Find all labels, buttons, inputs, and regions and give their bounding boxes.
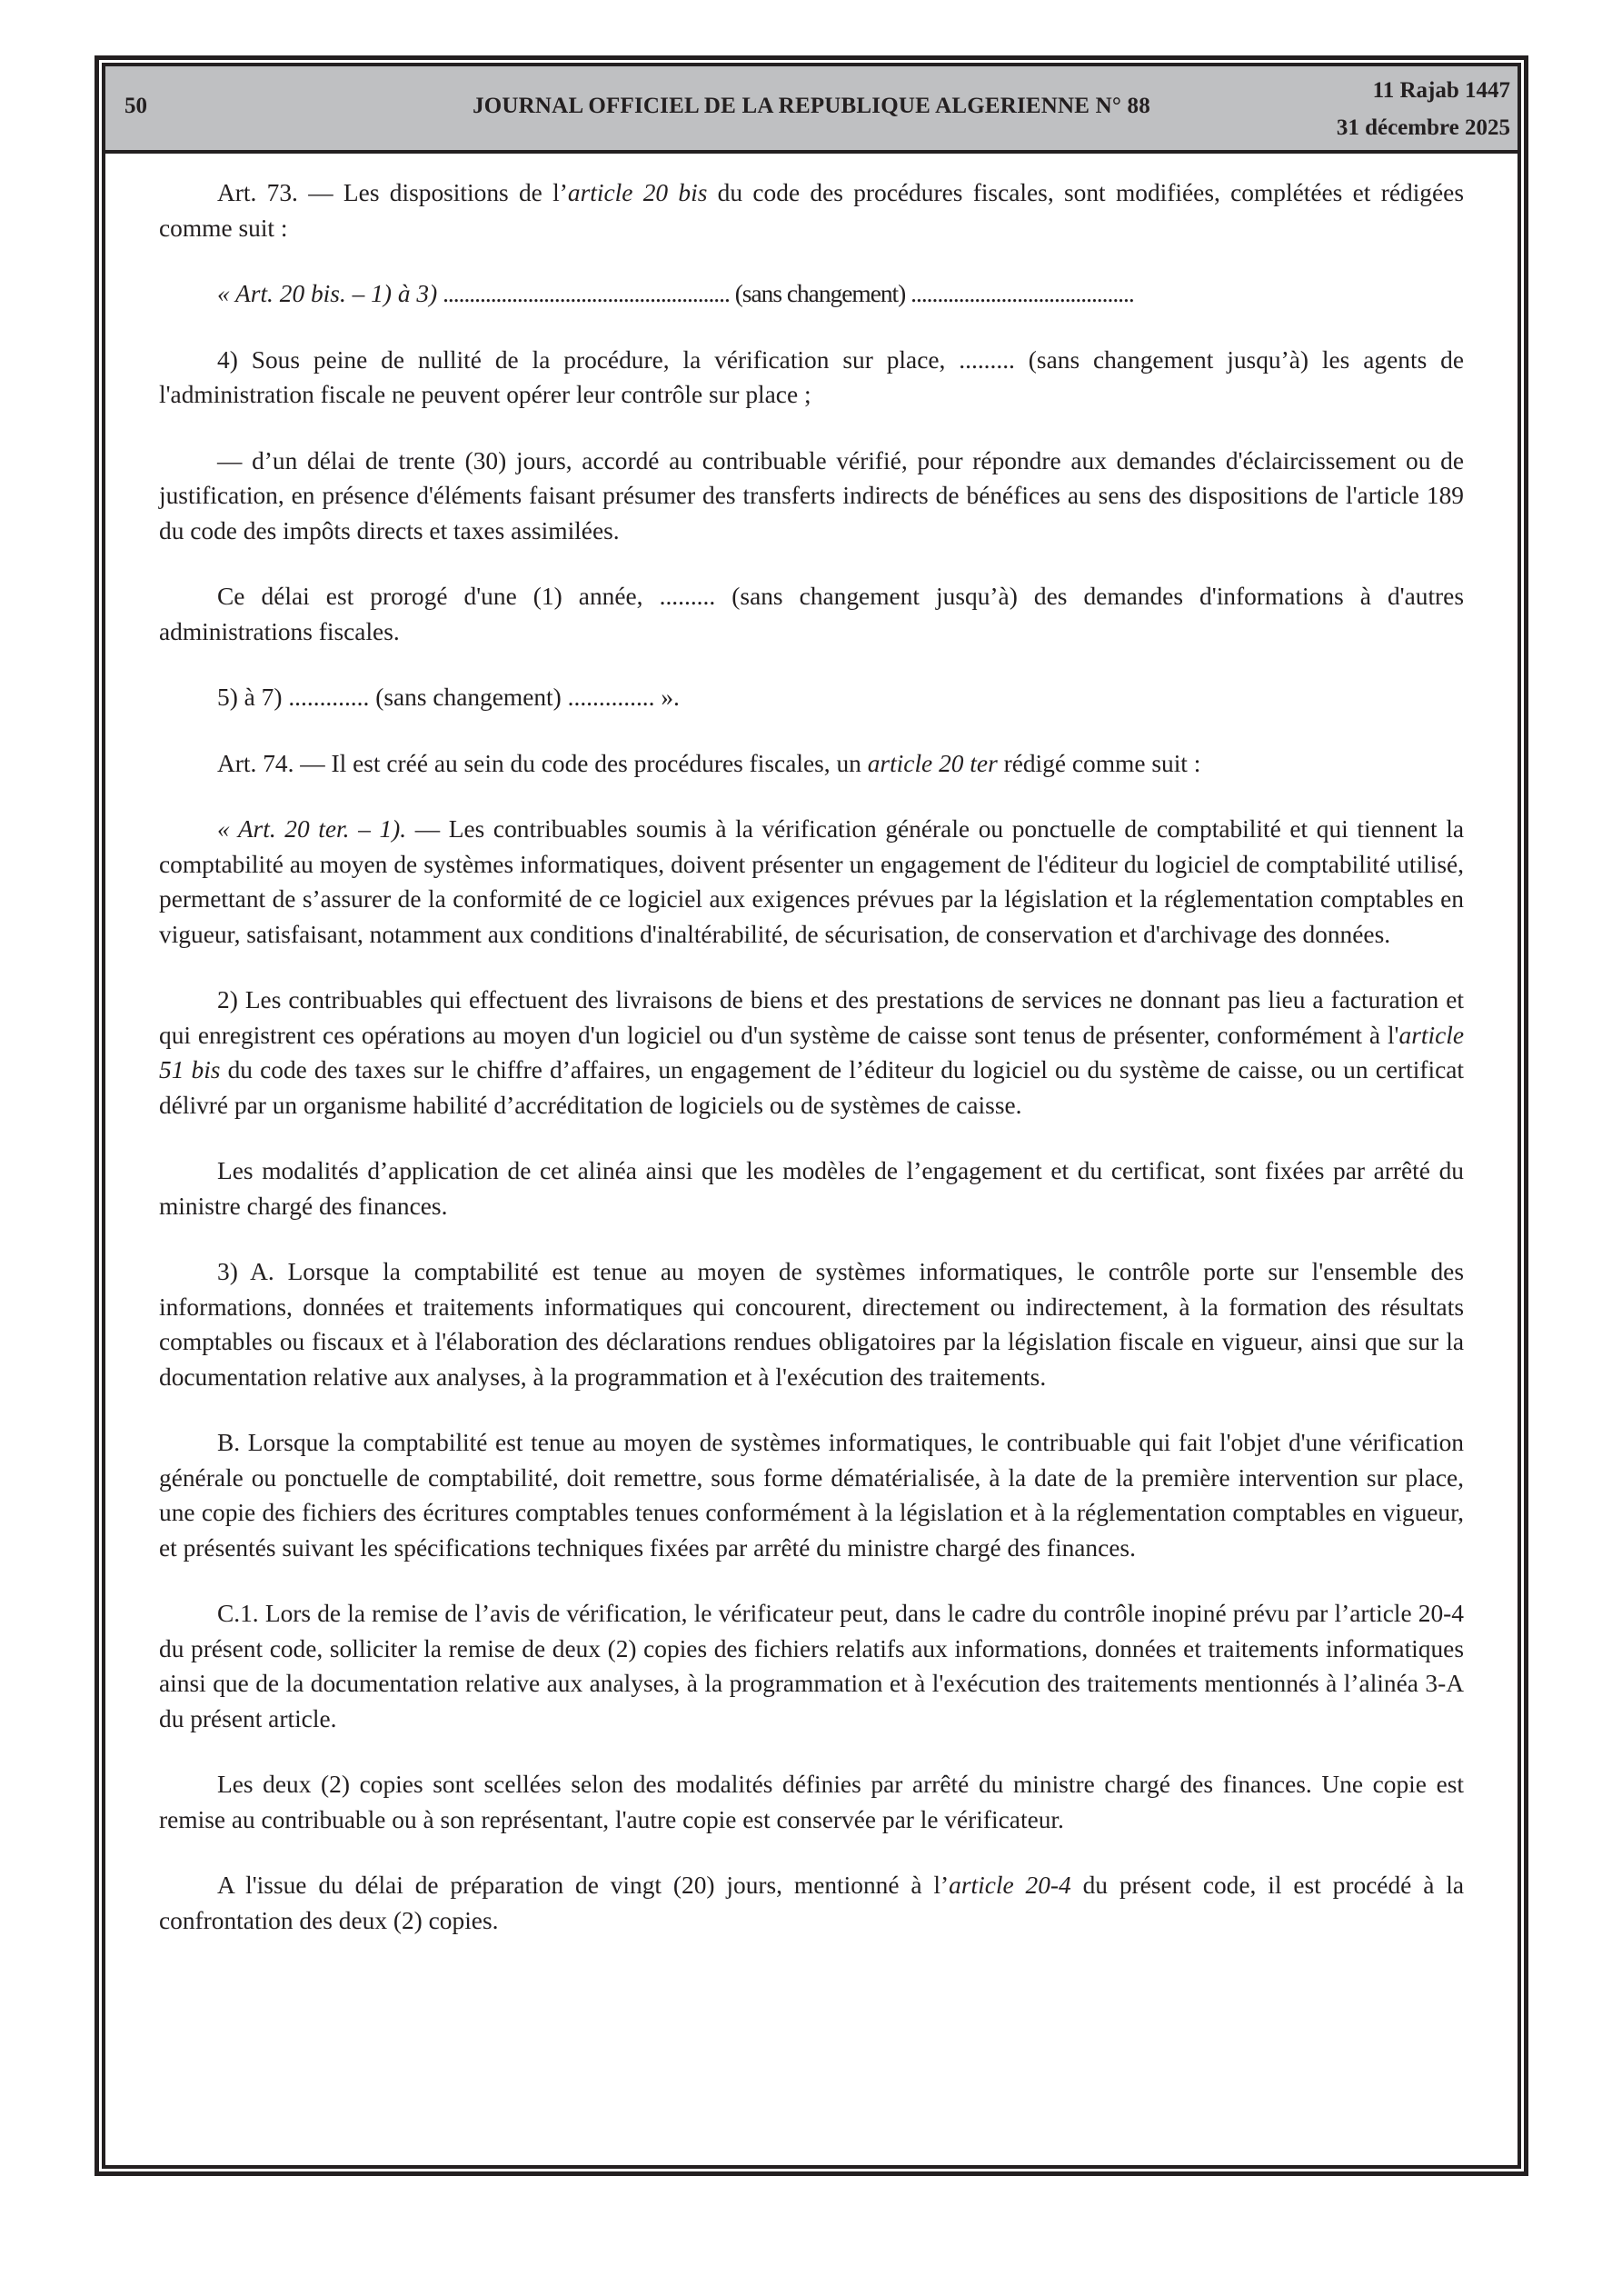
article-reference: article 20 ter	[868, 750, 998, 777]
paragraph-c1: C.1. Lors de la remise de l’avis de véri…	[159, 1596, 1464, 1736]
paragraph-3a: 3) A. Lorsque la comptabilité est tenue …	[159, 1254, 1464, 1394]
paragraph-3b: B. Lorsque la comptabilité est tenue au …	[159, 1425, 1464, 1565]
journal-header: 50 JOURNAL OFFICIEL DE LA REPUBLIQUE ALG…	[105, 66, 1518, 154]
paragraph-art20bis-intro: « Art. 20 bis. – 1) à 3) ...............…	[159, 276, 1464, 312]
article-reference: article 20 bis	[568, 179, 707, 206]
paragraph-modalites: Les modalités d’application de cet aliné…	[159, 1153, 1464, 1223]
journal-title: JOURNAL OFFICIEL DE LA REPUBLIQUE ALGERI…	[105, 94, 1518, 119]
paragraph-delay-extension: Ce délai est prorogé d'une (1) année, ..…	[159, 579, 1464, 649]
paragraph-items-5-7: 5) à 7) ............. (sans changement) …	[159, 680, 1464, 715]
paragraph-art20ter-2: 2) Les contribuables qui effectuent des …	[159, 983, 1464, 1123]
paragraph-copies-sealed: Les deux (2) copies sont scellées selon …	[159, 1767, 1464, 1837]
paragraph-item-4: 4) Sous peine de nullité de la procédure…	[159, 343, 1464, 413]
issue-dates: 11 Rajab 1447 31 décembre 2025	[1337, 72, 1510, 146]
paragraph-art74: Art. 74. — Il est créé au sein du code d…	[159, 746, 1464, 782]
hijri-date: 11 Rajab 1447	[1337, 72, 1510, 109]
paragraph-art20ter-1: « Art. 20 ter. – 1). — Les contribuables…	[159, 812, 1464, 952]
document-body: Art. 73. — Les dispositions de l’article…	[159, 175, 1464, 1969]
paragraph-confrontation: A l'issue du délai de préparation de vin…	[159, 1868, 1464, 1938]
page-outer-frame: 50 JOURNAL OFFICIEL DE LA REPUBLIQUE ALG…	[95, 55, 1528, 2176]
paragraph-art73: Art. 73. — Les dispositions de l’article…	[159, 175, 1464, 245]
gregorian-date: 31 décembre 2025	[1337, 109, 1510, 146]
article-reference: article 20-4	[949, 1872, 1071, 1899]
page-inner-frame: 50 JOURNAL OFFICIEL DE LA REPUBLIQUE ALG…	[102, 63, 1521, 2169]
paragraph-delay-30-days: — d’un délai de trente (30) jours, accor…	[159, 444, 1464, 549]
